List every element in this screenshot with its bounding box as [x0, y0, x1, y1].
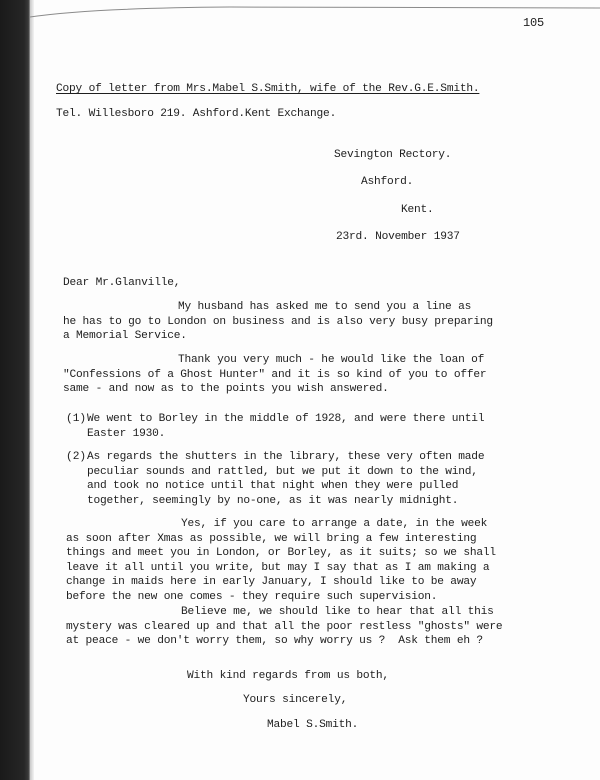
paragraph-line: he has to go to London on business and i… — [63, 315, 493, 330]
paragraph-2: Thank you very much - he would like the … — [63, 353, 486, 397]
paragraph-line: "Confessions of a Ghost Hunter" and it i… — [63, 368, 486, 383]
item-line: and took no notice until that night when… — [87, 479, 484, 494]
item-line: We went to Borley in the middle of 1928,… — [87, 412, 484, 427]
paragraph-line: Yes, if you care to arrange a date, in t… — [66, 517, 496, 532]
signature: Mabel S.Smith. — [267, 719, 358, 732]
paragraph-line: mystery was cleared up and that all the … — [66, 620, 502, 635]
paragraph-line: My husband has asked me to send you a li… — [63, 300, 493, 315]
item-line: Easter 1930. — [87, 427, 484, 442]
telephone-line: Tel. Willesboro 219. Ashford.Kent Exchan… — [56, 108, 336, 121]
paragraph-1: My husband has asked me to send you a li… — [63, 300, 493, 344]
paragraph-line: same - and now as to the points you wish… — [63, 382, 486, 397]
paragraph-line: change in maids here in early January, I… — [66, 575, 496, 590]
paragraph-line: Thank you very much - he would like the … — [63, 353, 486, 368]
page-number: 105 — [523, 17, 544, 30]
paragraph-line: a Memorial Service. — [63, 329, 493, 344]
closing-line: With kind regards from us both, — [187, 670, 389, 683]
item-number: (1) — [66, 412, 86, 427]
address-line-3: Kent. — [401, 204, 434, 217]
salutation: Dear Mr.Glanville, — [63, 277, 180, 290]
item-line: together, seemingly by no-one, as it was… — [87, 494, 484, 509]
paragraph-line: as soon after Xmas as possible, we will … — [66, 532, 496, 547]
page-top-edge — [30, 4, 600, 18]
item-line: peculiar sounds and rattled, but we put … — [87, 465, 484, 480]
paragraph-4: Believe me, we should like to hear that … — [66, 605, 502, 649]
scan-dark-margin — [0, 0, 30, 780]
item-line: As regards the shutters in the library, … — [87, 450, 484, 465]
paragraph-line: at peace - we don't worry them, so why w… — [66, 634, 502, 649]
letter-date: 23rd. November 1937 — [336, 231, 460, 244]
address-line-2: Ashford. — [361, 176, 413, 189]
paragraph-line: things and meet you in London, or Borley… — [66, 546, 496, 561]
letter-header-line: Copy of letter from Mrs.Mabel S.Smith, w… — [56, 83, 479, 96]
paragraph-3: Yes, if you care to arrange a date, in t… — [66, 517, 496, 604]
paragraph-line: leave it all until you write, but may I … — [66, 561, 496, 576]
address-line-1: Sevington Rectory. — [334, 149, 451, 162]
paragraph-line: Believe me, we should like to hear that … — [66, 605, 502, 620]
paragraph-line: before the new one comes - they require … — [66, 590, 496, 605]
item-number: (2) — [66, 450, 86, 465]
signoff: Yours sincerely, — [243, 694, 347, 707]
